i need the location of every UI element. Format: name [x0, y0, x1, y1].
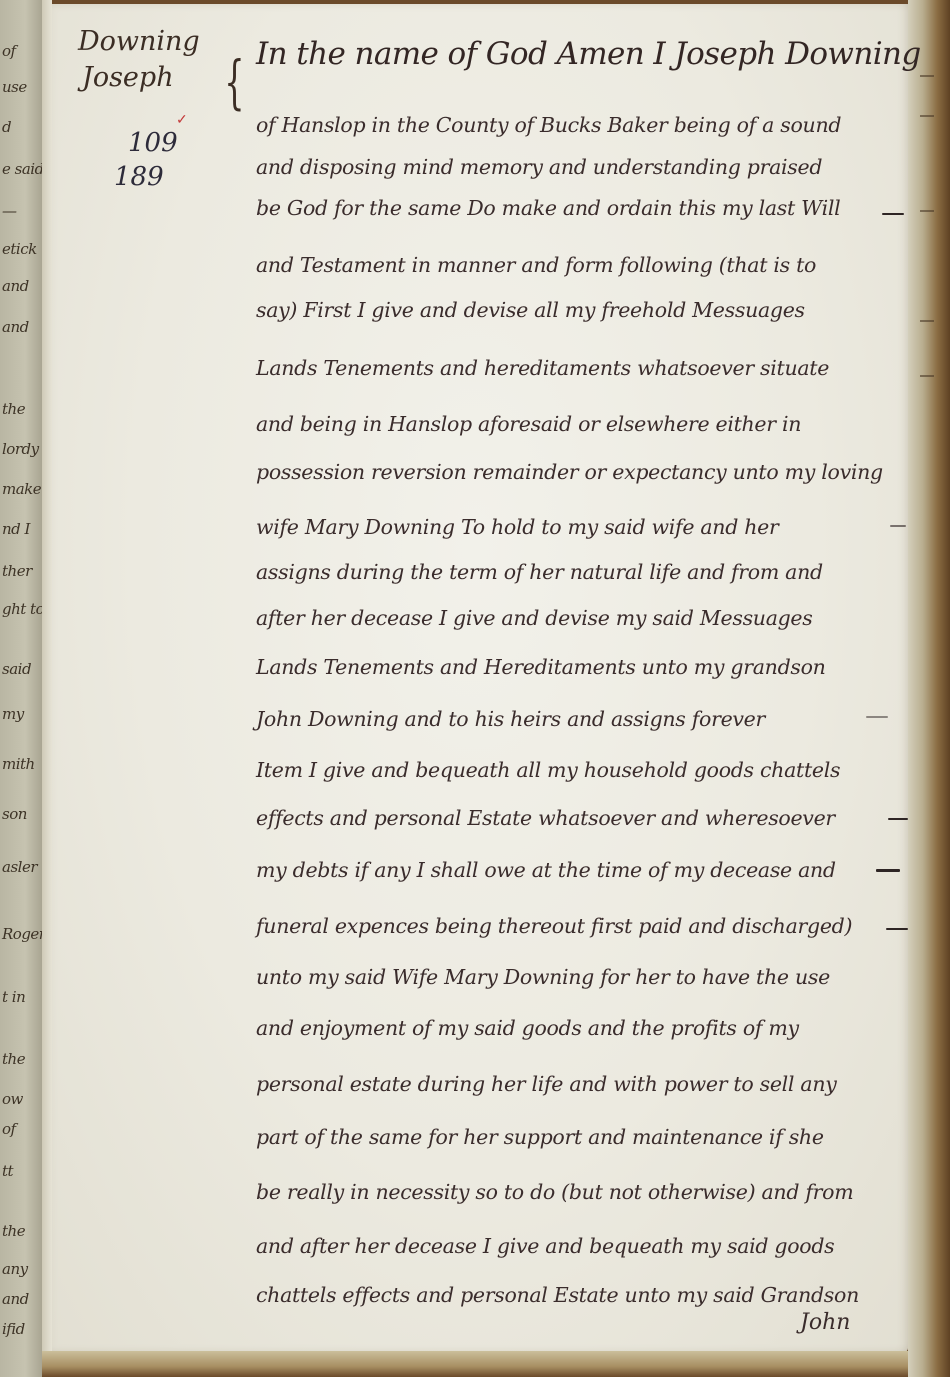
catchword: John [800, 1310, 850, 1335]
will-line: personal estate during her life and with… [256, 1072, 837, 1096]
will-line: say) First I give and devise all my free… [256, 298, 805, 322]
prev-page-fragment: use [2, 78, 27, 96]
brace-icon: { [224, 48, 244, 116]
prev-page-fragment: ther [2, 562, 32, 580]
prev-page-fragment: of [2, 42, 16, 60]
line-filler-dash [888, 818, 908, 820]
prev-page-fragment: and [2, 318, 29, 336]
will-line: assigns during the term of her natural l… [256, 560, 823, 584]
prev-page-fragment: my [2, 705, 24, 723]
will-line: funeral expences being thereout first pa… [256, 914, 852, 938]
previous-page-edge: of use d e said — etick and and the lord… [0, 0, 43, 1377]
line-filler-dash [886, 928, 908, 930]
prev-page-fragment: t in [2, 988, 25, 1006]
prev-page-fragment: tt [2, 1162, 13, 1180]
will-line: after her decease I give and devise my s… [256, 606, 813, 630]
margin-surname: Downing [78, 26, 200, 57]
will-line: my debts if any I shall owe at the time … [256, 858, 836, 882]
will-line: chattels effects and personal Estate unt… [256, 1283, 859, 1307]
will-line: of Hanslop in the County of Bucks Baker … [256, 113, 841, 137]
prev-page-fragment: son [2, 805, 27, 823]
will-line: In the name of God Amen I Joseph Downing [256, 36, 921, 72]
prev-page-fragment: mith [2, 755, 35, 773]
prev-page-fragment: Roger [2, 925, 45, 943]
will-line: and disposing mind memory and understand… [256, 155, 822, 179]
prev-page-fragment: any [2, 1260, 28, 1278]
will-line: Lands Tenements and hereditaments whatso… [256, 356, 829, 380]
check-mark-icon: ✓ [176, 112, 188, 128]
prev-page-fragment: the [2, 400, 25, 418]
will-line: Item I give and bequeath all my househol… [256, 758, 840, 782]
prev-page-fragment: ifid [2, 1320, 25, 1338]
will-line: part of the same for her support and mai… [256, 1125, 824, 1149]
will-line: and enjoyment of my said goods and the p… [256, 1016, 799, 1040]
prev-page-fragment: etick [2, 240, 37, 258]
will-line: be God for the same Do make and ordain t… [256, 196, 840, 220]
will-line: effects and personal Estate whatsoever a… [256, 806, 835, 830]
prev-page-fragment: lordy [2, 440, 39, 458]
prev-page-fragment: and [2, 1290, 29, 1308]
prev-page-fragment: the [2, 1222, 25, 1240]
will-line: and after her decease I give and bequeat… [256, 1234, 834, 1258]
will-line: and being in Hanslop aforesaid or elsewh… [256, 412, 801, 436]
margin-forename: Joseph [82, 62, 174, 93]
prev-page-fragment: — [2, 202, 17, 220]
prev-page-fragment: the [2, 1050, 25, 1068]
prev-page-fragment: nd I [2, 520, 30, 538]
folio-number-old: 109 [128, 128, 178, 158]
prev-page-fragment: and [2, 277, 29, 295]
will-line: wife Mary Downing To hold to my said wif… [256, 515, 778, 539]
book-bottom-edge [42, 1351, 908, 1377]
will-line: unto my said Wife Mary Downing for her t… [256, 965, 830, 989]
prev-page-fragment: ow [2, 1090, 23, 1108]
prev-page-fragment: e said [2, 160, 44, 178]
will-line: Lands Tenements and Hereditaments unto m… [256, 655, 826, 679]
book-fore-edge [908, 0, 950, 1377]
page-gutter [42, 0, 52, 1377]
line-filler-dash [876, 869, 900, 872]
folio-number-new: 189 [114, 162, 164, 192]
prev-page-fragment: asler [2, 858, 37, 876]
line-filler-dash [866, 716, 888, 718]
prev-page-fragment: make [2, 480, 41, 498]
will-line: John Downing and to his heirs and assign… [256, 707, 765, 731]
will-line: and Testament in manner and form followi… [256, 253, 816, 277]
prev-page-fragment: said [2, 660, 31, 678]
prev-page-fragment: ght to [2, 600, 44, 618]
will-line: be really in necessity so to do (but not… [256, 1180, 853, 1204]
line-filler-dash [882, 213, 904, 215]
prev-page-fragment: d [2, 118, 11, 136]
will-line: possession reversion remainder or expect… [256, 460, 883, 484]
line-filler-dash [890, 525, 906, 527]
prev-page-fragment: of [2, 1120, 16, 1138]
